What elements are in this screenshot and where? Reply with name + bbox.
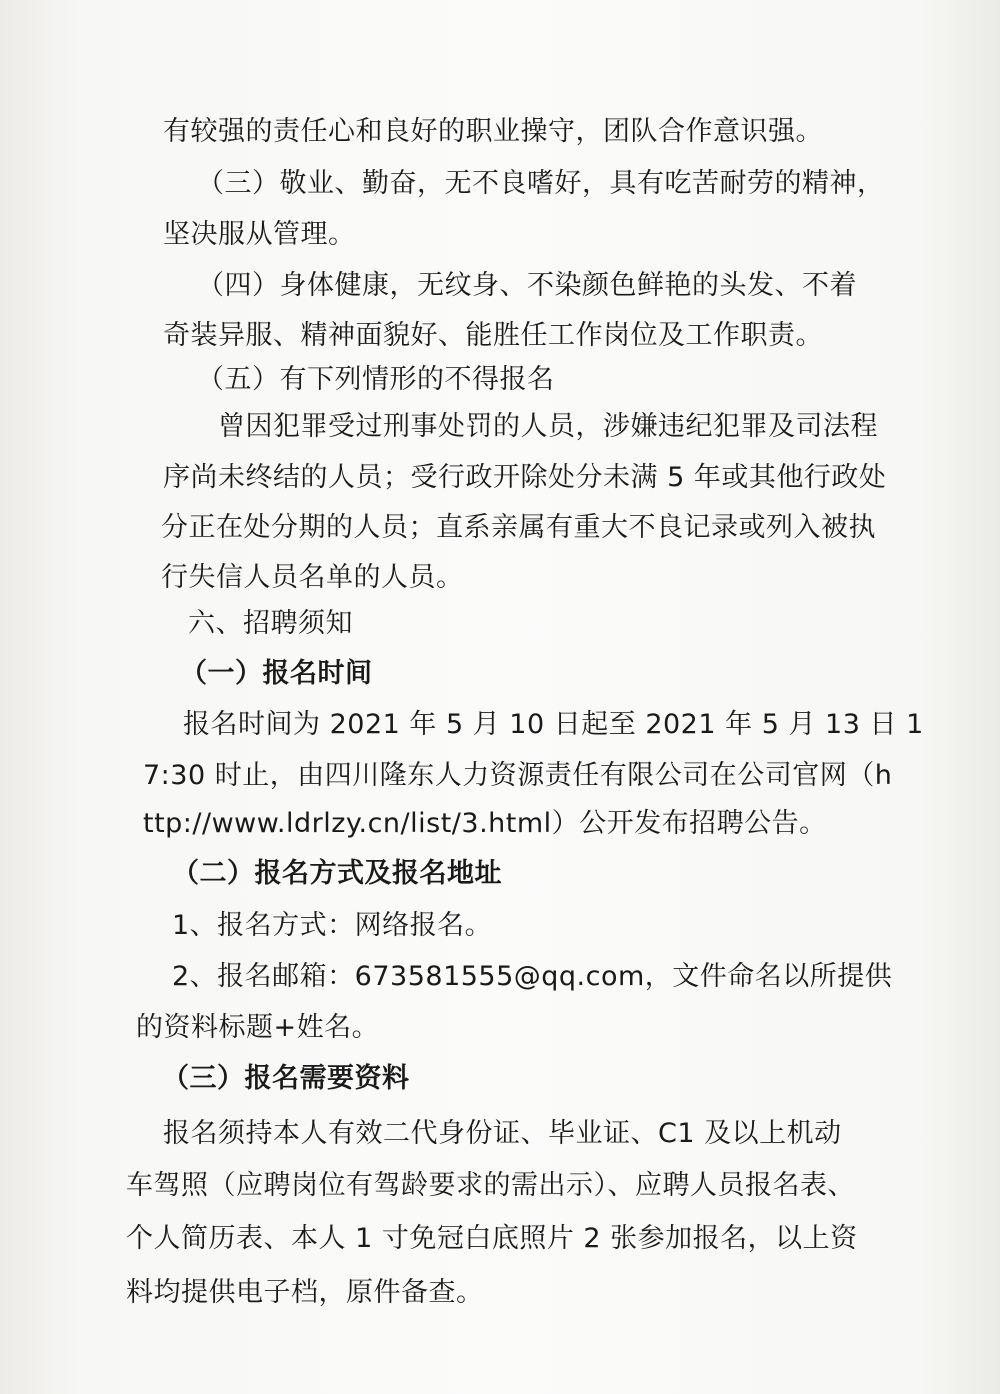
list-item-1: 1、报名方式：网络报名。 bbox=[172, 910, 492, 942]
paragraph-line: 车驾照（应聘岗位有驾龄要求的需出示）、应聘人员报名表、 bbox=[126, 1170, 855, 1202]
paragraph-line: 序尚未终结的人员；受行政开除处分未满 5 年或其他行政处 bbox=[163, 462, 886, 494]
paragraph-line: 的资料标题+姓名。 bbox=[136, 1012, 379, 1044]
section-6-heading: 六、招聘须知 bbox=[188, 608, 353, 640]
paragraph-line: 7:30 时止，由四川隆东人力资源责任有限公司在公司官网（h bbox=[143, 760, 892, 792]
paragraph-line: 分正在处分期的人员；直系亲属有重大不良记录或列入被执 bbox=[161, 512, 876, 544]
paragraph-line: 报名须持本人有效二代身份证、毕业证、C1 及以上机动 bbox=[163, 1118, 842, 1150]
paragraph-line: 奇装异服、精神面貌好、能胜任工作岗位及工作职责。 bbox=[163, 320, 823, 352]
subsection-2-heading: （二）报名方式及报名地址 bbox=[172, 858, 502, 890]
paragraph-line: 料均提供电子档，原件备查。 bbox=[126, 1277, 484, 1309]
clause-5-heading-line: （五）有下列情形的不得报名 bbox=[197, 364, 555, 396]
list-item-2: 2、报名邮箱：673581555@qq.com，文件命名以所提供 bbox=[172, 961, 892, 993]
paragraph-line: 曾因犯罪受过刑事处罚的人员，涉嫌违纪犯罪及司法程 bbox=[218, 411, 878, 443]
subsection-3-heading: （三）报名需要资料 bbox=[162, 1063, 410, 1095]
subsection-1-heading: （一）报名时间 bbox=[180, 658, 373, 690]
paragraph-line: 个人简历表、本人 1 寸免冠白底照片 2 张参加报名，以上资 bbox=[126, 1223, 858, 1255]
paragraph-line: 坚决服从管理。 bbox=[163, 219, 356, 251]
paragraph-line: 行失信人员名单的人员。 bbox=[161, 562, 464, 594]
document-page: 有较强的责任心和良好的职业操守，团队合作意识强。 （三）敬业、勤奋，无不良嗜好，… bbox=[0, 0, 1000, 1394]
clause-4-heading-line: （四）身体健康，无纹身、不染颜色鲜艳的头发、不着 bbox=[197, 270, 857, 302]
paragraph-line-url: ttp://www.ldrlzy.cn/list/3.html）公开发布招聘公告… bbox=[143, 808, 827, 840]
clause-3-heading-line: （三）敬业、勤奋，无不良嗜好，具有吃苦耐劳的精神， bbox=[197, 168, 885, 200]
paragraph-line: 报名时间为 2021 年 5 月 10 日起至 2021 年 5 月 13 日 … bbox=[183, 709, 924, 741]
paragraph-line: 有较强的责任心和良好的职业操守，团队合作意识强。 bbox=[163, 116, 823, 148]
